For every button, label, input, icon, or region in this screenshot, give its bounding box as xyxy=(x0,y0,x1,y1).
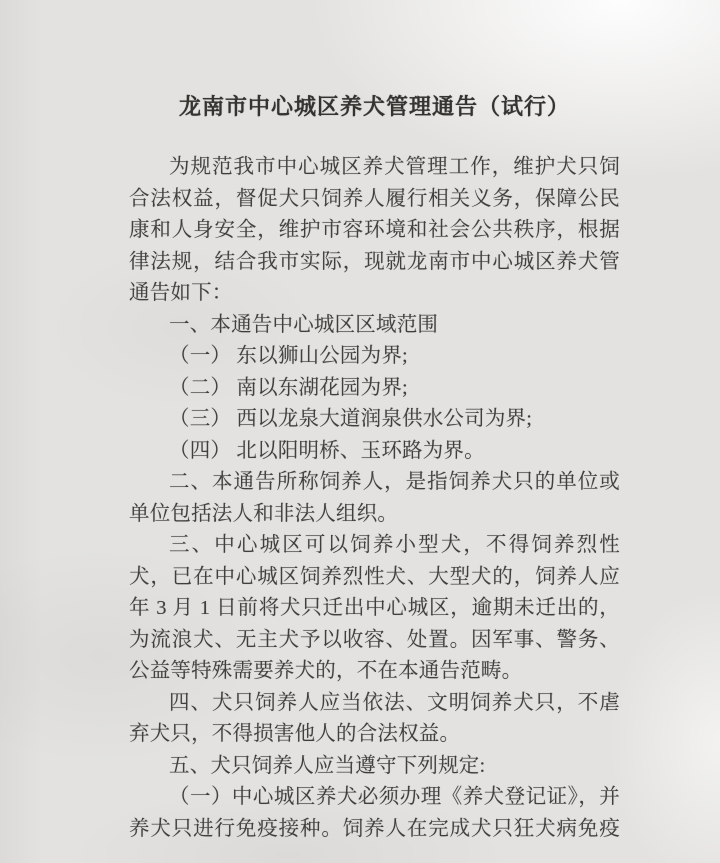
document-line: 犬，已在中心城区饲养烈性犬、大型犬的，饲养人应当于 2023 xyxy=(129,562,620,594)
document-line: 二、本通告所称饲养人，是指饲养犬只的单位或者个人， xyxy=(129,467,620,499)
document-line: （一）中心城区养犬必须办理《养犬登记证》，并对所 xyxy=(129,782,620,814)
document-line: 通告如下： xyxy=(129,278,620,310)
document-line: （三） 西以龙泉大道润泉供水公司为界; xyxy=(129,404,620,436)
document-line: 弃犬只，不得损害他人的合法权益。 xyxy=(129,719,620,751)
document-line: 律法规，结合我市实际，现就龙南市中心城区养犬管理事项 xyxy=(129,247,620,279)
document-title: 龙南市中心城区养犬管理通告（试行） xyxy=(129,90,620,121)
document-line: 公益等特殊需要养犬的，不在本通告范畴。 xyxy=(129,656,620,688)
document-line: 养犬只进行免疫接种。饲养人在完成犬只狂犬病免疫接种后， xyxy=(129,814,620,846)
document-line: 为规范我市中心城区养犬管理工作，维护犬只饲养人的 xyxy=(129,152,620,184)
document-line: （一） 东以狮山公园为界; xyxy=(129,341,620,373)
document-line: 为流浪犬、无主犬予以收容、处置。因军事、警务、科研、 xyxy=(129,625,620,657)
document-line: 四、犬只饲养人应当依法、文明饲养犬只，不虐待和遗 xyxy=(129,688,620,720)
document-line: 合法权益，督促犬只饲养人履行相关义务，保障公民身体健 xyxy=(129,184,620,216)
document-line: （四） 北以阳明桥、玉环路为界。 xyxy=(129,436,620,468)
document-line: 单位包括法人和非法人组织。 xyxy=(129,499,620,531)
document-line: 一、本通告中心城区区域范围 xyxy=(129,310,620,342)
scanned-document-page: 龙南市中心城区养犬管理通告（试行） 为规范我市中心城区养犬管理工作，维护犬只饲养… xyxy=(0,0,720,863)
document-line: 五、犬只饲养人应当遵守下列规定: xyxy=(129,751,620,783)
document-line: （二） 南以东湖花园为界; xyxy=(129,373,620,405)
document-line: 年 3 月 1 日前将犬只迁出中心城区，逾期未迁出的，一律视 xyxy=(129,593,620,625)
document-line: 康和人身安全，维护市容环境和社会公共秩序，根据有关法 xyxy=(129,215,620,247)
document-body: 为规范我市中心城区养犬管理工作，维护犬只饲养人的合法权益，督促犬只饲养人履行相关… xyxy=(129,152,620,845)
document-line: 三、中心城区可以饲养小型犬，不得饲养烈性犬、大型 xyxy=(129,530,620,562)
